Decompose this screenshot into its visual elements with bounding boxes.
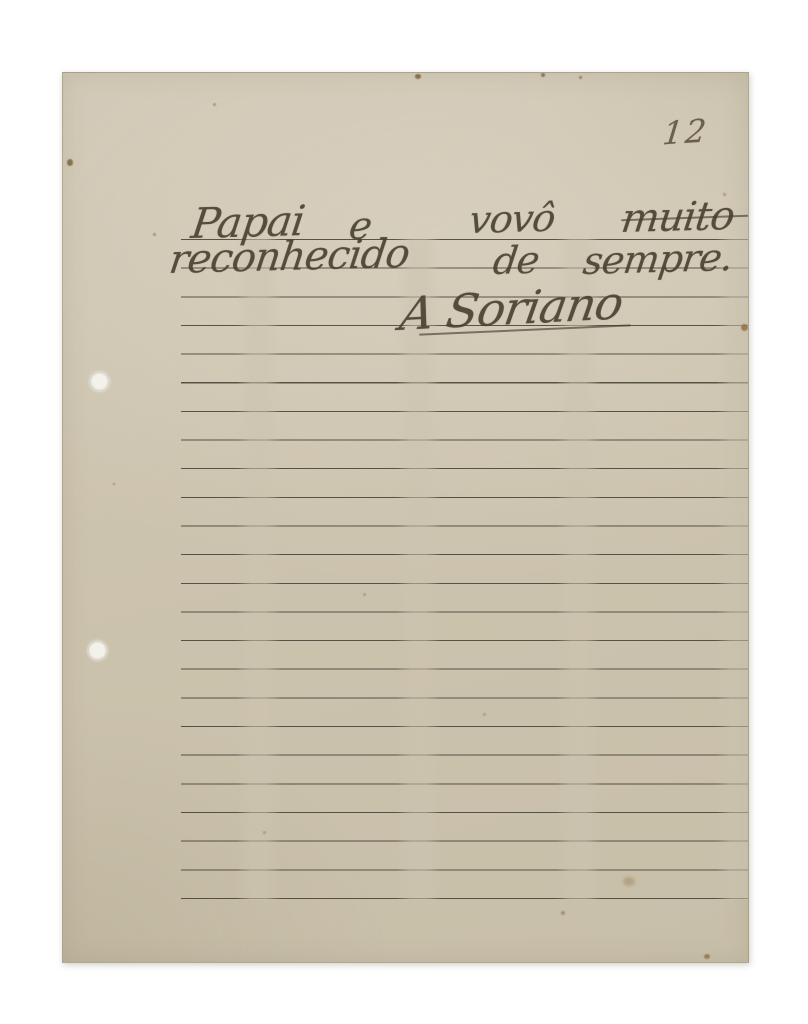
page-number: 12 — [661, 111, 710, 152]
foxing-spot — [561, 911, 565, 915]
punch-hole-bottom — [88, 641, 107, 660]
foxing-spot — [213, 103, 216, 106]
foxing-spot — [623, 877, 635, 886]
handwritten-word: sempre. — [581, 238, 735, 280]
notebook-page: 12 Papai e vovô muito reconhecido de sem… — [62, 72, 749, 963]
handwritten-word: reconhecido — [167, 234, 412, 280]
punch-hole-top — [90, 372, 109, 391]
foxing-spot — [704, 954, 710, 959]
handwritten-word: de — [491, 241, 541, 280]
foxing-spot — [113, 483, 115, 485]
foxing-spot — [415, 74, 421, 79]
foxing-spot — [579, 76, 582, 79]
scan-canvas: 12 Papai e vovô muito reconhecido de sem… — [0, 0, 808, 1024]
foxing-spot — [541, 73, 545, 77]
foxing-spot — [741, 324, 748, 331]
ruled-lines-fade-overlay — [181, 239, 748, 900]
foxing-spot — [153, 233, 156, 236]
foxing-spot — [363, 593, 366, 596]
foxing-spot — [263, 831, 266, 834]
signature: A Soriano — [397, 280, 626, 337]
foxing-spot — [723, 193, 726, 196]
handwritten-word: vovô — [467, 199, 557, 239]
foxing-spot — [483, 713, 486, 716]
foxing-spot — [67, 159, 73, 166]
